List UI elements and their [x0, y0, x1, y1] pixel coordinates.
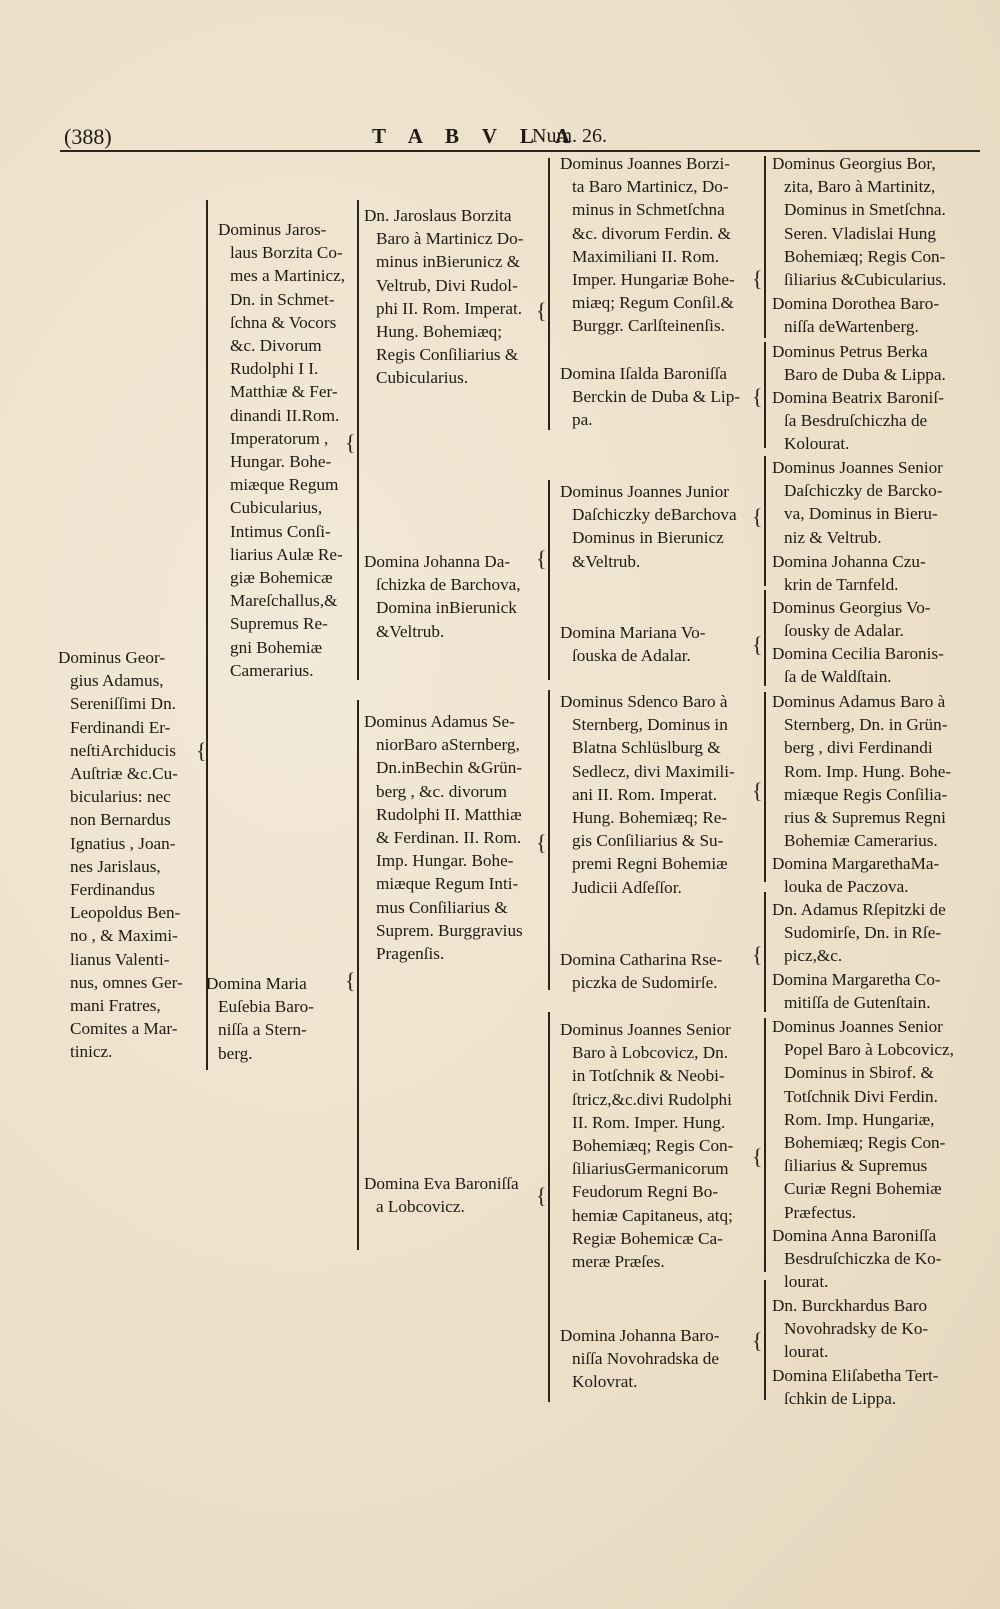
document-page: (388) T A B V L A Num. 26. Dominus Geor-… [0, 0, 1000, 1609]
page-header: (388) T A B V L A Num. 26. [64, 120, 984, 154]
text-line: miæque Regum [218, 473, 345, 496]
gen3-paternal-grandmother: Domina Johanna Da-ſchizka de Barchova,Do… [364, 550, 521, 643]
text-line: minus in Schmetſchna [560, 198, 735, 221]
text-line: Dominus Joannes Senior [560, 1018, 733, 1041]
text-line: miæq; Regum Conſil.& [560, 291, 735, 314]
text-line: niorBaro aSternberg, [364, 733, 523, 756]
text-line: Dn. in Schmet- [218, 288, 345, 311]
gen4-brace-icon: { [752, 268, 763, 290]
gen4-brace-icon: { [752, 1330, 763, 1352]
text-line: Auſtriæ &c.Cu- [58, 762, 183, 785]
page-number: (388) [64, 124, 112, 150]
text-line: Domina Iſalda Baroniſſa [560, 362, 740, 385]
text-line: Imp. Hungar. Bohe- [364, 849, 523, 872]
text-line: ani II. Rom. Imperat. [560, 783, 735, 806]
text-line: phi II. Rom. Imperat. [364, 297, 523, 320]
text-line: lourat. [772, 1340, 928, 1363]
gen4-brace-icon: { [752, 1146, 763, 1168]
text-line: Dominus Joannes Senior [772, 456, 943, 479]
text-line: mani Fratres, [58, 994, 183, 1017]
text-line: ſiliariusGermanicorum [560, 1157, 733, 1180]
text-line: Cubicularius. [364, 366, 523, 389]
text-line: Dominus in Bierunicz [560, 526, 737, 549]
gen4-block: Dominus Sdenco Baro àSternberg, Dominus … [560, 690, 735, 899]
text-line: Domina inBierunick [364, 596, 521, 619]
text-line: ſa Besdruſchiczha de [772, 409, 944, 432]
gen4-block: Dominus Joannes JuniorDaſchiczky deBarch… [560, 480, 737, 573]
text-line: ſa de Waldſtain. [772, 665, 944, 688]
text-line: Præfectus. [772, 1201, 954, 1224]
text-line: II. Rom. Imper. Hung. [560, 1111, 733, 1134]
text-line: Sereniſſimi Dn. [58, 692, 183, 715]
gen3-paternal-grandfather: Dn. Jaroslaus BorzitaBaro à Martinicz Do… [364, 204, 523, 390]
text-line: berg. [206, 1042, 314, 1065]
text-line: Domina Margaretha Co- [772, 968, 941, 991]
text-line: Domina Beatrix Baroniſ- [772, 386, 944, 409]
text-line: Novohradsky de Ko- [772, 1317, 928, 1340]
gen3-b-brace-icon: { [536, 548, 547, 570]
gen5-block: Dominus Joannes SeniorPopel Baro à Lobco… [772, 1015, 954, 1224]
text-line: Leopoldus Ben- [58, 901, 183, 924]
text-line: ſchkin de Lippa. [772, 1387, 938, 1410]
gen4-bracket [764, 892, 766, 1012]
text-line: giæ Bohemicæ [218, 566, 345, 589]
text-line: Matthiæ & Fer- [218, 380, 345, 403]
text-line: ſchizka de Barchova, [364, 573, 521, 596]
gen5-block: Domina Dorothea Baro-niſſa deWartenberg. [772, 292, 939, 338]
text-line: Dominus Georgius Bor, [772, 152, 946, 175]
text-line: mitiſſa de Gutenſtain. [772, 991, 941, 1014]
text-line: Sternberg, Dn. in Grün- [772, 713, 951, 736]
text-line: berg , &c. divorum [364, 780, 523, 803]
gen4-bracket [764, 456, 766, 586]
text-line: Dominus Joannes Borzi- [560, 152, 735, 175]
text-line: Burggr. Carlſteinenſis. [560, 314, 735, 337]
text-line: nus, omnes Ger- [58, 971, 183, 994]
text-line: mes a Martinicz, [218, 264, 345, 287]
table-number: Num. 26. [532, 125, 607, 148]
text-line: neſtiArchiducis [58, 739, 183, 762]
text-line: Domina Johanna Da- [364, 550, 521, 573]
text-line: Regiæ Bohemicæ Ca- [560, 1227, 733, 1250]
text-line: Dn.inBechin &Grün- [364, 756, 523, 779]
text-line: Bohemiæq; Regis Con- [772, 245, 946, 268]
text-line: Dn. Burckhardus Baro [772, 1294, 928, 1317]
text-line: berg , divi Ferdinandi [772, 736, 951, 759]
gen4-bracket [764, 590, 766, 686]
text-line: Domina MargarethaMa- [772, 852, 939, 875]
text-line: ta Baro Martinicz, Do- [560, 175, 735, 198]
text-line: Dominus Petrus Berka [772, 340, 946, 363]
text-line: Domina Eva Baroniſſa [364, 1172, 519, 1195]
text-line: Domina Johanna Baro- [560, 1324, 719, 1347]
text-line: a Lobcovicz. [364, 1195, 519, 1218]
text-line: Berckin de Duba & Lip- [560, 385, 740, 408]
text-line: gis Conſiliarius & Su- [560, 829, 735, 852]
gen5-block: Dn. Burckhardus BaroNovohradsky de Ko-lo… [772, 1294, 928, 1364]
gen5-block: Dominus Georgius Vo-ſousky de Adalar. [772, 596, 931, 642]
text-line: &Veltrub. [560, 550, 737, 573]
text-line: niſſa a Stern- [206, 1018, 314, 1041]
gen4-block: Domina Iſalda BaroniſſaBerckin de Duba &… [560, 362, 740, 432]
gen3-maternal-grandfather: Dominus Adamus Se-niorBaro aSternberg,Dn… [364, 710, 523, 965]
gen5-block: Domina Margaretha Co-mitiſſa de Gutenſta… [772, 968, 941, 1014]
text-line: meræ Præſes. [560, 1250, 733, 1273]
gen4-bracket [764, 1018, 766, 1272]
gen4-bracket [764, 156, 766, 338]
gen4-block: Dominus Joannes Borzi-ta Baro Martinicz,… [560, 152, 735, 338]
gen5-block: Domina Beatrix Baroniſ-ſa Besdruſchiczha… [772, 386, 944, 456]
text-line: Sedlecz, divi Maximili- [560, 760, 735, 783]
text-line: Domina Johanna Czu- [772, 550, 926, 573]
text-line: Bohemiæ Camerarius. [772, 829, 951, 852]
text-line: Sternberg, Dominus in [560, 713, 735, 736]
text-line: rius & Supremus Regni [772, 806, 951, 829]
text-line: Sudomirſe, Dn. in Rſe- [772, 921, 946, 944]
text-line: picz,&c. [772, 944, 946, 967]
gen2-mother-bracket [357, 700, 359, 1250]
text-line: zita, Baro à Martinitz, [772, 175, 946, 198]
text-line: Dominus Georgius Vo- [772, 596, 931, 619]
gen3-c-brace-icon: { [536, 832, 547, 854]
text-line: Domina Mariana Vo- [560, 621, 705, 644]
text-line: Imper. Hungariæ Bohe- [560, 268, 735, 291]
text-line: Ferdinandus [58, 878, 183, 901]
text-line: tinicz. [58, 1040, 183, 1063]
text-line: Comites a Mar- [58, 1017, 183, 1040]
gen5-block: Domina Anna BaroniſſaBesdruſchiczka de K… [772, 1224, 942, 1294]
text-line: Rom. Imp. Hung. Bohe- [772, 760, 951, 783]
text-line: Rom. Imp. Hungariæ, [772, 1108, 954, 1131]
gen5-block: Domina Cecilia Baronis-ſa de Waldſtain. [772, 642, 944, 688]
gen3-a-brace-icon: { [536, 300, 547, 322]
gen4-block: Dominus Joannes SeniorBaro à Lobcovicz, … [560, 1018, 733, 1273]
text-line: niz & Veltrub. [772, 526, 943, 549]
text-line: no , & Maximi- [58, 924, 183, 947]
text-line: hemiæ Capitaneus, atq; [560, 1204, 733, 1227]
text-line: nes Jarislaus, [58, 855, 183, 878]
text-line: Daſchiczky deBarchova [560, 503, 737, 526]
gen2-father: Dominus Jaros-laus Borzita Co-mes a Mart… [218, 218, 345, 682]
text-line: Domina Eliſabetha Tert- [772, 1364, 938, 1387]
text-line: Intimus Conſi- [218, 520, 345, 543]
text-line: miæque Regum Inti- [364, 872, 523, 895]
text-line: Bohemiæq; Regis Con- [772, 1131, 954, 1154]
text-line: Feudorum Regni Bo- [560, 1180, 733, 1203]
text-line: Imperatorum , [218, 427, 345, 450]
gen4-brace-icon: { [752, 386, 763, 408]
text-line: Baro à Martinicz Do- [364, 227, 523, 250]
text-line: piczka de Sudomirſe. [560, 971, 722, 994]
text-line: Totſchnik Divi Ferdin. [772, 1085, 954, 1108]
text-line: Seren. Vladislai Hung [772, 222, 946, 245]
text-line: dinandi II.Rom. [218, 404, 345, 427]
gen4-block: Domina Catharina Rse-piczka de Sudomirſe… [560, 948, 722, 994]
gen3-b-bracket [548, 480, 550, 680]
gen3-d-bracket [548, 1012, 550, 1402]
text-line: ſousky de Adalar. [772, 619, 931, 642]
gen5-block: Dn. Adamus Rſepitzki deSudomirſe, Dn. in… [772, 898, 946, 968]
text-line: laus Borzita Co- [218, 241, 345, 264]
text-line: Regis Conſiliarius & [364, 343, 523, 366]
text-line: Judicii Adſeſſor. [560, 876, 735, 899]
gen4-brace-icon: { [752, 944, 763, 966]
text-line: Kolourat. [772, 432, 944, 455]
text-line: gius Adamus, [58, 669, 183, 692]
text-line: Domina Cecilia Baronis- [772, 642, 944, 665]
text-line: &Veltrub. [364, 620, 521, 643]
text-line: niſſa Novohradska de [560, 1347, 719, 1370]
text-line: & Ferdinan. II. Rom. [364, 826, 523, 849]
gen5-block: Dominus Joannes SeniorDaſchiczky de Barc… [772, 456, 943, 549]
gen5-block: Domina Eliſabetha Tert-ſchkin de Lippa. [772, 1364, 938, 1410]
text-line: &c. Divorum [218, 334, 345, 357]
text-line: Supremus Re- [218, 612, 345, 635]
text-line: Dominus Jaros- [218, 218, 345, 241]
gen2-father-brace-icon: { [345, 432, 356, 454]
text-line: bicularius: nec [58, 785, 183, 808]
gen1-bracket [206, 200, 208, 1070]
text-line: Dominus Joannes Junior [560, 480, 737, 503]
text-line: in Totſchnik & Neobi- [560, 1064, 733, 1087]
gen1-subject: Dominus Geor-gius Adamus,Sereniſſimi Dn.… [58, 646, 183, 1064]
text-line: Besdruſchiczka de Ko- [772, 1247, 942, 1270]
text-line: pa. [560, 408, 740, 431]
gen5-block: Dominus Adamus Baro àSternberg, Dn. in G… [772, 690, 951, 852]
text-line: Dominus Joannes Senior [772, 1015, 954, 1038]
gen3-maternal-grandmother: Domina Eva Baroniſſaa Lobcovicz. [364, 1172, 519, 1218]
text-line: Domina Dorothea Baro- [772, 292, 939, 315]
text-line: Pragenſis. [364, 942, 523, 965]
text-line: louka de Paczova. [772, 875, 939, 898]
text-line: lourat. [772, 1270, 942, 1293]
text-line: &c. divorum Ferdin. & [560, 222, 735, 245]
text-line: Dominus in Sbirof. & [772, 1061, 954, 1084]
text-line: Domina Maria [206, 972, 314, 995]
gen3-d-brace-icon: { [536, 1185, 547, 1207]
gen5-block: Dominus Petrus BerkaBaro de Duba & Lippa… [772, 340, 946, 386]
text-line: liarius Aulæ Re- [218, 543, 345, 566]
text-line: Domina Catharina Rse- [560, 948, 722, 971]
text-line: Daſchiczky de Barcko- [772, 479, 943, 502]
text-line: premi Regni Bohemiæ [560, 852, 735, 875]
text-line: Camerarius. [218, 659, 345, 682]
text-line: va, Dominus in Bieru- [772, 502, 943, 525]
text-line: ſchna & Vocors [218, 311, 345, 334]
gen5-block: Dominus Georgius Bor,zita, Baro à Martin… [772, 152, 946, 291]
text-line: Dominus Adamus Se- [364, 710, 523, 733]
text-line: Veltrub, Divi Rudol- [364, 274, 523, 297]
text-line: Kolovrat. [560, 1370, 719, 1393]
text-line: Mareſchallus,& [218, 589, 345, 612]
gen2-mother-brace-icon: { [345, 970, 356, 992]
gen3-c-bracket [548, 690, 550, 990]
gen4-block: Domina Johanna Baro-niſſa Novohradska de… [560, 1324, 719, 1394]
gen5-block: Domina MargarethaMa-louka de Paczova. [772, 852, 939, 898]
text-line: Euſebia Baro- [206, 995, 314, 1018]
gen1-brace-icon: { [196, 740, 207, 762]
text-line: Bohemiæq; Regis Con- [560, 1134, 733, 1157]
text-line: Baro à Lobcovicz, Dn. [560, 1041, 733, 1064]
text-line: Dominus Adamus Baro à [772, 690, 951, 713]
text-line: Blatna Schlüslburg & [560, 736, 735, 759]
text-line: Dn. Jaroslaus Borzita [364, 204, 523, 227]
text-line: Domina Anna Baroniſſa [772, 1224, 942, 1247]
gen4-brace-icon: { [752, 634, 763, 656]
text-line: Rudolphi I I. [218, 357, 345, 380]
gen2-mother: Domina MariaEuſebia Baro-niſſa a Stern-b… [206, 972, 314, 1065]
gen3-a-bracket [548, 158, 550, 430]
text-line: ſouska de Adalar. [560, 644, 705, 667]
text-line: niſſa deWartenberg. [772, 315, 939, 338]
gen4-bracket [764, 1280, 766, 1400]
text-line: ſtricz,&c.divi Rudolphi [560, 1088, 733, 1111]
text-line: Ferdinandi Er- [58, 716, 183, 739]
text-line: Popel Baro à Lobcovicz, [772, 1038, 954, 1061]
text-line: mus Conſiliarius & [364, 896, 523, 919]
text-line: Ignatius , Joan- [58, 832, 183, 855]
gen4-brace-icon: { [752, 506, 763, 528]
text-line: Dominus Geor- [58, 646, 183, 669]
text-line: miæque Regis Conſilia- [772, 783, 951, 806]
gen5-block: Domina Johanna Czu-krin de Tarnfeld. [772, 550, 926, 596]
text-line: Suprem. Burggravius [364, 919, 523, 942]
text-line: Maximiliani II. Rom. [560, 245, 735, 268]
text-line: Cubicularius, [218, 496, 345, 519]
text-line: Hung. Bohemiæq; [364, 320, 523, 343]
text-line: krin de Tarnfeld. [772, 573, 926, 596]
text-line: lianus Valenti- [58, 948, 183, 971]
text-line: Hung. Bohemiæq; Re- [560, 806, 735, 829]
text-line: ſiliarius & Supremus [772, 1154, 954, 1177]
text-line: Hungar. Bohe- [218, 450, 345, 473]
gen4-block: Domina Mariana Vo-ſouska de Adalar. [560, 621, 705, 667]
text-line: Dn. Adamus Rſepitzki de [772, 898, 946, 921]
text-line: Baro de Duba & Lippa. [772, 363, 946, 386]
text-line: non Bernardus [58, 808, 183, 831]
text-line: Dominus Sdenco Baro à [560, 690, 735, 713]
text-line: ſiliarius &Cubicularius. [772, 268, 946, 291]
text-line: Rudolphi II. Matthiæ [364, 803, 523, 826]
gen2-father-bracket [357, 200, 359, 680]
gen4-bracket [764, 342, 766, 448]
gen4-brace-icon: { [752, 780, 763, 802]
gen4-bracket [764, 692, 766, 882]
text-line: Curiæ Regni Bohemiæ [772, 1177, 954, 1200]
text-line: gni Bohemiæ [218, 636, 345, 659]
text-line: minus inBierunicz & [364, 250, 523, 273]
text-line: Dominus in Smetſchna. [772, 198, 946, 221]
